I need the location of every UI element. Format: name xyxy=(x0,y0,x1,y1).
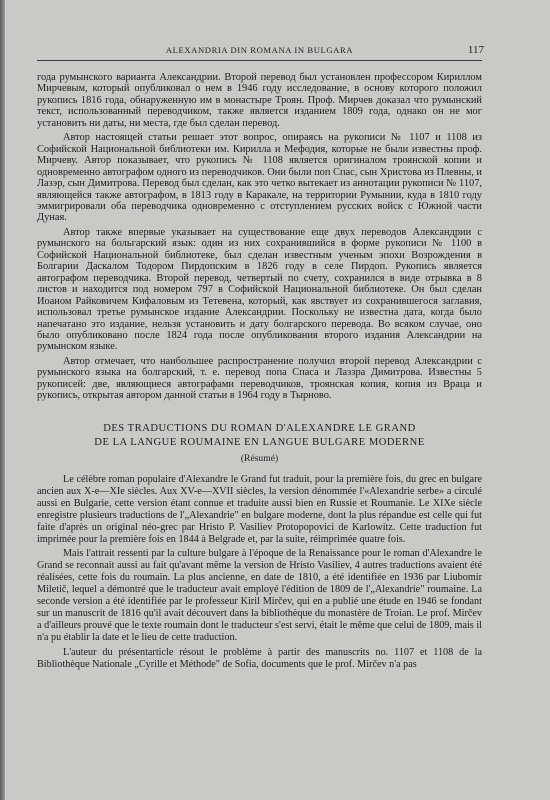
russian-summary: года румынского варианта Александрии. Вт… xyxy=(37,72,482,402)
paragraph: Le célèbre roman populaire d'Alexandre l… xyxy=(37,474,482,545)
title-line: DES TRADUCTIONS DU ROMAN D'ALEXANDRE LE … xyxy=(37,422,482,436)
header-rule xyxy=(37,60,482,61)
french-section-subtitle: (Résumé) xyxy=(37,453,482,464)
page-number: 117 xyxy=(468,44,484,56)
title-line: DE LA LANGUE ROUMAINE EN LANGUE BULGARE … xyxy=(37,436,482,450)
paragraph: Mais l'attrait ressenti par la culture b… xyxy=(37,548,482,643)
paragraph: года румынского варианта Александрии. Вт… xyxy=(37,72,482,129)
paragraph: L'auteur du présentarticle résout le pro… xyxy=(37,647,482,671)
page-edge-shadow xyxy=(0,0,5,800)
running-header: ALEXANDRIA DIN ROMANA IN BULGARA 117 xyxy=(37,45,482,59)
paragraph: Автор настоящей статьи решает этот вопро… xyxy=(37,132,482,224)
french-summary: Le célèbre roman populaire d'Alexandre l… xyxy=(37,474,482,671)
paragraph: Автор также впервые указывает на существ… xyxy=(37,227,482,353)
french-section-title: DES TRADUCTIONS DU ROMAN D'ALEXANDRE LE … xyxy=(37,422,482,449)
paragraph: Автор отмечает, что наибольшее распростр… xyxy=(37,356,482,402)
running-title: ALEXANDRIA DIN ROMANA IN BULGARA xyxy=(37,45,482,55)
